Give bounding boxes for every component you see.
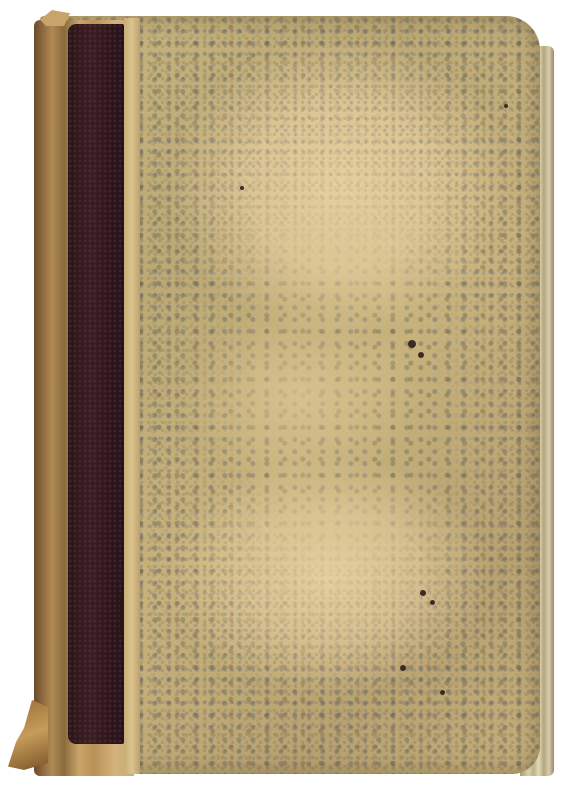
book-photo (0, 0, 566, 800)
stain-spot (418, 352, 424, 358)
torn-bottom-corner (8, 700, 48, 770)
stain-spot (400, 665, 406, 671)
stain-spot (504, 104, 508, 108)
stain-spot (240, 186, 244, 190)
leather-spine (68, 24, 124, 744)
hinge-strip (124, 18, 140, 774)
stain-spot (440, 690, 445, 695)
stain-spot (420, 590, 426, 596)
stain-spot (430, 600, 435, 605)
stain-spot (408, 340, 416, 348)
